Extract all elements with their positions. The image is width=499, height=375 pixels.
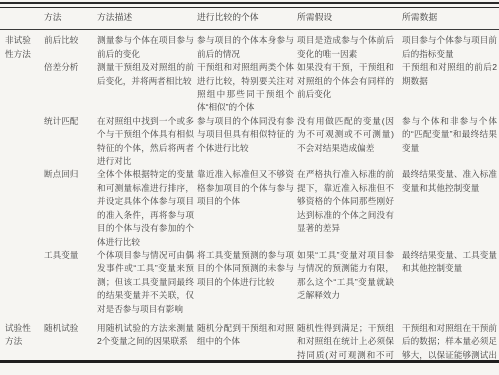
header-row: 方法 方法描述 进行比较的个体 所需假设 所需数据 bbox=[0, 8, 499, 30]
table-area: 方法 方法描述 进行比较的个体 所需假设 所需数据 非试验性方法 前后比较 测量… bbox=[0, 8, 499, 360]
scanned-table-page: 方法 方法描述 进行比较的个体 所需假设 所需数据 非试验性方法 前后比较 测量… bbox=[0, 0, 499, 375]
compared-cell: 靠近准入标准但又不够资格参加项目的个体与参与项目的个体 bbox=[197, 168, 297, 248]
compared-cell: 参与项目的个体本身参与前后的情况 bbox=[197, 30, 297, 61]
description-cell: 在对照组中找到一个或多个与干预组个体具有相似特征的个体，然后将两者进行对比 bbox=[97, 115, 197, 169]
table-row: 试验性方法 随机试验 用随机试验的方法来测量2个变量之间的因果联系 随机分配到干… bbox=[0, 316, 499, 360]
column-header-data: 所需数据 bbox=[402, 8, 499, 30]
description-cell: 用随机试验的方法来测量2个变量之间的因果联系 bbox=[97, 316, 197, 360]
data-cell: 参与个体和非参与个体的“匹配变量”和最终结果变量 bbox=[402, 115, 499, 169]
description-cell: 个体项目参与情况可由偶发事件或“工具”变量来预测；但该工具变量同最终的结果变量并… bbox=[97, 249, 197, 316]
data-cell: 干预组和对照组的前后2期数据 bbox=[402, 61, 499, 115]
assumptions-cell: 如果“工具”变量对项目参与情况的预测能力有限，那么这个“工具”变量就缺乏解释效力 bbox=[297, 249, 402, 316]
group-label: 试验性方法 bbox=[0, 316, 44, 360]
data-cell: 最终结果变量、工具变量和其他控制变量 bbox=[402, 249, 499, 316]
compared-cell: 参与项目的个体同没有参与项目但具有相似特征的个体进行比较 bbox=[197, 115, 297, 169]
assumptions-cell: 没有用做匹配的变量(因为不可观测或不可测量)不会对结果造成偏差 bbox=[297, 115, 402, 169]
data-cell: 项目参与个体参与项目前后的指标变量 bbox=[402, 30, 499, 61]
method-cell: 前后比较 bbox=[44, 30, 97, 61]
column-header-compared: 进行比较的个体 bbox=[197, 8, 297, 30]
table-header: 方法 方法描述 进行比较的个体 所需假设 所需数据 bbox=[0, 8, 499, 30]
assumptions-cell: 在严格执行准入标准的前提下，靠近准入标准但不够资格的个体同那些刚好达到标准的个体… bbox=[297, 168, 402, 248]
table-row: 统计匹配 在对照组中找到一个或多个与干预组个体具有相似特征的个体，然后将两者进行… bbox=[0, 115, 499, 169]
description-cell: 测量干预组及对照组的前后变化，并将两者相比较 bbox=[97, 61, 197, 115]
method-cell: 工具变量 bbox=[44, 249, 97, 316]
method-cell: 统计匹配 bbox=[44, 115, 97, 169]
table-row: 工具变量 个体项目参与情况可由偶发事件或“工具”变量来预测；但该工具变量同最终的… bbox=[0, 249, 499, 316]
table-bottom-rule bbox=[0, 360, 499, 363]
table-row: 非试验性方法 前后比较 测量参与个体在项目参与前后的变化 参与项目的个体本身参与… bbox=[0, 30, 499, 61]
data-cell: 干预组和对照组在干预前后的数据；样本量必须足够大，以保证能够测试出干预的影响 bbox=[402, 316, 499, 360]
data-cell: 最终结果变量、准入标准变量和其他控制变量 bbox=[402, 168, 499, 248]
column-header-group bbox=[0, 8, 44, 30]
compared-cell: 将工具变量预测的参与项目的个体同预测的未参与项目的个体进行比较 bbox=[197, 249, 297, 316]
description-cell: 全体个体根据特定的变量和可测量标准进行排序，并设定具体个体参与项目的准入条件，再… bbox=[97, 168, 197, 248]
method-cell: 随机试验 bbox=[44, 316, 97, 360]
compared-cell: 干预组和对照组两类个体进行比较，特别要关注对照组中那些同干预组个体“相似”的个体 bbox=[197, 61, 297, 115]
assumptions-cell: 随机性得到满足；干预组和对照组在统计上必须保持同质(对可观测和不可观测变量) bbox=[297, 316, 402, 360]
assumptions-cell: 如果没有干预，干预组和对照组的个体会有同样的前后变化 bbox=[297, 61, 402, 115]
column-header-description: 方法描述 bbox=[97, 8, 197, 30]
evaluation-methods-table: 方法 方法描述 进行比较的个体 所需假设 所需数据 非试验性方法 前后比较 测量… bbox=[0, 8, 499, 360]
method-cell: 断点回归 bbox=[44, 168, 97, 248]
assumptions-cell: 项目是造成参与个体前后变化的唯一因素 bbox=[297, 30, 402, 61]
method-cell: 倍差分析 bbox=[44, 61, 97, 115]
column-header-assumptions: 所需假设 bbox=[297, 8, 402, 30]
table-row: 倍差分析 测量干预组及对照组的前后变化，并将两者相比较 干预组和对照组两类个体进… bbox=[0, 61, 499, 115]
table-row: 断点回归 全体个体根据特定的变量和可测量标准进行排序，并设定具体个体参与项目的准… bbox=[0, 168, 499, 248]
table-body: 非试验性方法 前后比较 测量参与个体在项目参与前后的变化 参与项目的个体本身参与… bbox=[0, 30, 499, 360]
column-header-method: 方法 bbox=[44, 8, 97, 30]
compared-cell: 随机分配到干预组和对照组中的个体 bbox=[197, 316, 297, 360]
group-label: 非试验性方法 bbox=[0, 30, 44, 316]
description-cell: 测量参与个体在项目参与前后的变化 bbox=[97, 30, 197, 61]
